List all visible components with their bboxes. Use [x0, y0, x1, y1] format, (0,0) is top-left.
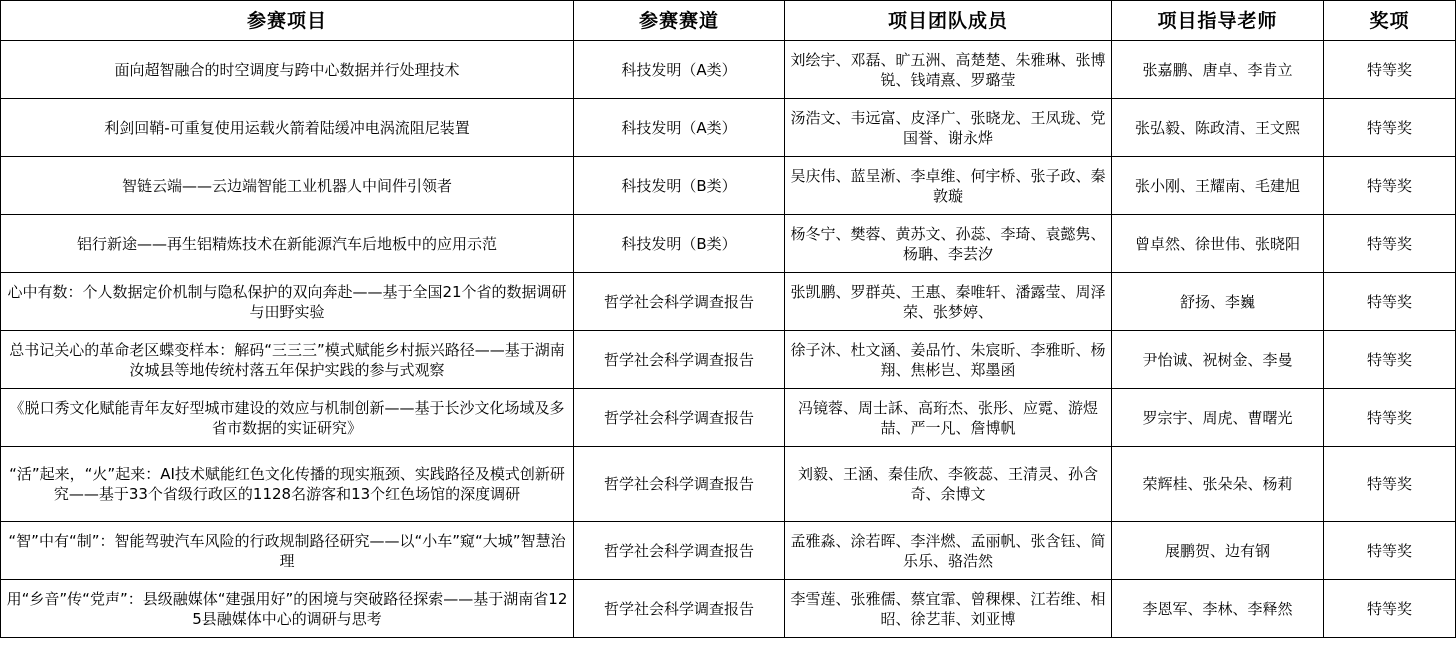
cell-project: 面向超智融合的时空调度与跨中心数据并行处理技术: [1, 41, 574, 99]
cell-members: 冯镜蓉、周士訸、高珩杰、张彤、应霓、游煜喆、严一凡、詹博帆: [785, 389, 1112, 447]
table-row: 利剑回鞘-可重复使用运载火箭着陆缓冲电涡流阻尼装置 科技发明（A类） 汤浩文、韦…: [1, 99, 1456, 157]
cell-track: 哲学社会科学调查报告: [574, 331, 785, 389]
cell-project: 利剑回鞘-可重复使用运载火箭着陆缓冲电涡流阻尼装置: [1, 99, 574, 157]
cell-track: 科技发明（A类）: [574, 99, 785, 157]
cell-track: 哲学社会科学调查报告: [574, 447, 785, 522]
header-advisors: 项目指导老师: [1112, 1, 1324, 41]
cell-project: 铝行新途——再生铝精炼技术在新能源汽车后地板中的应用示范: [1, 215, 574, 273]
cell-advisors: 尹怡诚、祝树金、李曼: [1112, 331, 1324, 389]
cell-advisors: 张嘉鹏、唐卓、李肯立: [1112, 41, 1324, 99]
cell-members: 张凯鹏、罗群英、王惠、秦唯轩、潘露莹、周泽荣、张梦婷、: [785, 273, 1112, 331]
cell-advisors: 张弘毅、陈政清、王文熙: [1112, 99, 1324, 157]
cell-members: 李雪莲、张雅儒、蔡宜霏、曾稞棵、江若维、相昭、徐艺菲、刘亚博: [785, 580, 1112, 638]
header-track: 参赛赛道: [574, 1, 785, 41]
awards-table: 参赛项目 参赛赛道 项目团队成员 项目指导老师 奖项 面向超智融合的时空调度与跨…: [0, 0, 1456, 638]
cell-project: 智链云端——云边端智能工业机器人中间件引领者: [1, 157, 574, 215]
cell-members: 徐子沐、杜文涵、姜品竹、朱宸昕、李雅昕、杨翔、焦彬岂、郑墨函: [785, 331, 1112, 389]
cell-advisors: 李恩军、李林、李释然: [1112, 580, 1324, 638]
cell-track: 哲学社会科学调查报告: [574, 389, 785, 447]
cell-project: “智”中有“制”：智能驾驶汽车风险的行政规制路径研究——以“小车”窥“大城”智慧…: [1, 522, 574, 580]
cell-members: 杨冬宁、樊蓉、黄苏文、孙蕊、李琦、袁懿隽、杨聃、李芸汐: [785, 215, 1112, 273]
cell-award: 特等奖: [1324, 157, 1456, 215]
cell-track: 哲学社会科学调查报告: [574, 580, 785, 638]
cell-track: 科技发明（A类）: [574, 41, 785, 99]
cell-award: 特等奖: [1324, 273, 1456, 331]
cell-award: 特等奖: [1324, 447, 1456, 522]
cell-award: 特等奖: [1324, 215, 1456, 273]
cell-project: 心中有数：个人数据定价机制与隐私保护的双向奔赴——基于全国21个省的数据调研与田…: [1, 273, 574, 331]
table-row: 面向超智融合的时空调度与跨中心数据并行处理技术 科技发明（A类） 刘绘宇、邓磊、…: [1, 41, 1456, 99]
cell-advisors: 罗宗宇、周虎、曹曙光: [1112, 389, 1324, 447]
cell-award: 特等奖: [1324, 522, 1456, 580]
cell-track: 哲学社会科学调查报告: [574, 273, 785, 331]
cell-track: 哲学社会科学调查报告: [574, 522, 785, 580]
table-row: 智链云端——云边端智能工业机器人中间件引领者 科技发明（B类） 吴庆伟、蓝呈淅、…: [1, 157, 1456, 215]
table-row: “活”起来，“火”起来：AI技术赋能红色文化传播的现实瓶颈、实践路径及模式创新研…: [1, 447, 1456, 522]
table-row: 心中有数：个人数据定价机制与隐私保护的双向奔赴——基于全国21个省的数据调研与田…: [1, 273, 1456, 331]
cell-award: 特等奖: [1324, 580, 1456, 638]
cell-members: 孟雅淼、涂若晖、李泮燃、孟丽帆、张含钰、简乐乐、骆浩然: [785, 522, 1112, 580]
cell-track: 科技发明（B类）: [574, 215, 785, 273]
table-row: 总书记关心的革命老区蝶变样本：解码“三三三”模式赋能乡村振兴路径——基于湖南汝城…: [1, 331, 1456, 389]
cell-project: 总书记关心的革命老区蝶变样本：解码“三三三”模式赋能乡村振兴路径——基于湖南汝城…: [1, 331, 574, 389]
table-row: “智”中有“制”：智能驾驶汽车风险的行政规制路径研究——以“小车”窥“大城”智慧…: [1, 522, 1456, 580]
table-row: 铝行新途——再生铝精炼技术在新能源汽车后地板中的应用示范 科技发明（B类） 杨冬…: [1, 215, 1456, 273]
cell-award: 特等奖: [1324, 389, 1456, 447]
header-members: 项目团队成员: [785, 1, 1112, 41]
cell-award: 特等奖: [1324, 331, 1456, 389]
cell-project: “活”起来，“火”起来：AI技术赋能红色文化传播的现实瓶颈、实践路径及模式创新研…: [1, 447, 574, 522]
table-header-row: 参赛项目 参赛赛道 项目团队成员 项目指导老师 奖项: [1, 1, 1456, 41]
cell-advisors: 曾卓然、徐世伟、张晓阳: [1112, 215, 1324, 273]
cell-advisors: 荣辉桂、张朵朵、杨莉: [1112, 447, 1324, 522]
header-project: 参赛项目: [1, 1, 574, 41]
cell-advisors: 张小刚、王耀南、毛建旭: [1112, 157, 1324, 215]
table-row: 用“乡音”传“党声”：县级融媒体“建强用好”的困境与突破路径探索——基于湖南省1…: [1, 580, 1456, 638]
cell-award: 特等奖: [1324, 99, 1456, 157]
cell-project: 《脱口秀文化赋能青年友好型城市建设的效应与机制创新——基于长沙文化场域及多省市数…: [1, 389, 574, 447]
cell-award: 特等奖: [1324, 41, 1456, 99]
cell-track: 科技发明（B类）: [574, 157, 785, 215]
table-row: 《脱口秀文化赋能青年友好型城市建设的效应与机制创新——基于长沙文化场域及多省市数…: [1, 389, 1456, 447]
cell-advisors: 舒扬、李巍: [1112, 273, 1324, 331]
cell-advisors: 展鹏贺、边有钢: [1112, 522, 1324, 580]
header-award: 奖项: [1324, 1, 1456, 41]
cell-members: 刘毅、王涵、秦佳欣、李筱蕊、王清灵、孙含奇、余博文: [785, 447, 1112, 522]
cell-members: 吴庆伟、蓝呈淅、李卓维、何宇桥、张子政、秦敦璇: [785, 157, 1112, 215]
cell-project: 用“乡音”传“党声”：县级融媒体“建强用好”的困境与突破路径探索——基于湖南省1…: [1, 580, 574, 638]
cell-members: 汤浩文、韦远富、皮泽广、张晓龙、王凤珑、党国誉、谢永烨: [785, 99, 1112, 157]
cell-members: 刘绘宇、邓磊、旷五洲、高楚楚、朱雅琳、张博锐、钱靖熹、罗璐莹: [785, 41, 1112, 99]
